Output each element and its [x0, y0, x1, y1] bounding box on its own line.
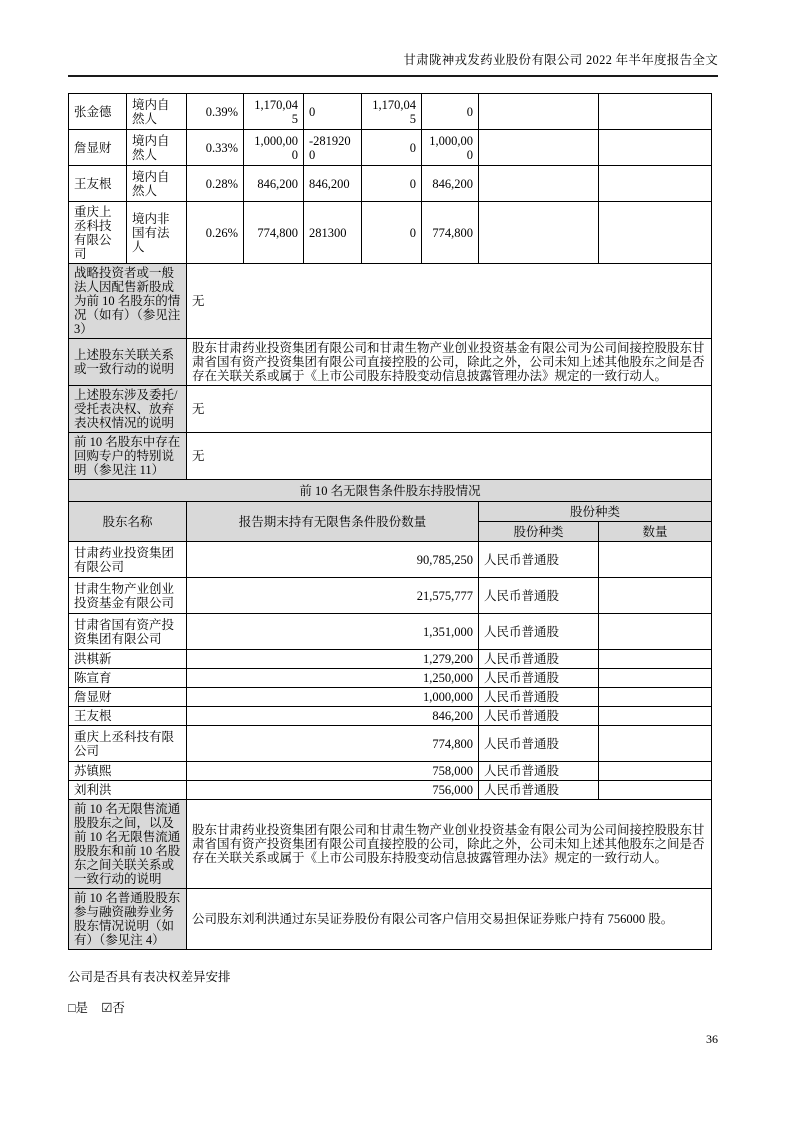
shareholder-name-cell: 洪棋新 [69, 650, 187, 669]
share-class-cell: 人民币普通股 [479, 781, 599, 800]
table-header-row: 股东名称 报告期末持有无限售条件股份数量 股份种类 [69, 502, 712, 522]
share-class-cell: 人民币普通股 [479, 762, 599, 781]
share-amount-cell [599, 669, 712, 688]
shareholder-nature-cell: 境内自然人 [127, 94, 187, 130]
shareholder-row: 詹显财 境内自然人 0.33% 1,000,000 -2819200 0 1,0… [69, 130, 712, 166]
unrestricted-shares-cell: 846,200 [422, 166, 479, 202]
share-class-cell: 人民币普通股 [479, 707, 599, 726]
note-row: 前 10 名无限售流通股股东之间，以及前 10 名无限售流通股股东和前 10 名… [69, 800, 712, 889]
share-class-cell: 人民币普通股 [479, 688, 599, 707]
restricted-shares-cell: 0 [362, 130, 422, 166]
share-amount-cell [599, 688, 712, 707]
unrestricted-row: 甘肃药业投资集团有限公司 90,785,250 人民币普通股 [69, 542, 712, 578]
holding-ratio-cell: 0.39% [187, 94, 244, 130]
note-row: 战略投资者或一般法人因配售新股成为前 10 名股东的情况（如有）（参见注 3） … [69, 264, 712, 339]
section-title: 前 10 名无限售条件股东持股情况 [69, 480, 712, 502]
share-class-cell: 人民币普通股 [479, 542, 599, 578]
unrestricted-qty-cell: 756,000 [187, 781, 479, 800]
unrestricted-row: 苏镇熙 758,000 人民币普通股 [69, 762, 712, 781]
unrestricted-qty-cell: 90,785,250 [187, 542, 479, 578]
shareholder-name-cell: 张金德 [69, 94, 127, 130]
unrestricted-row: 洪棋新 1,279,200 人民币普通股 [69, 650, 712, 669]
unrestricted-qty-cell: 1,279,200 [187, 650, 479, 669]
restricted-shares-cell: 0 [362, 166, 422, 202]
restricted-shares-cell: 0 [362, 202, 422, 264]
share-class-cell: 人民币普通股 [479, 669, 599, 688]
unrestricted-row: 詹显财 1,000,000 人民币普通股 [69, 688, 712, 707]
note-value: 股东甘肃药业投资集团有限公司和甘肃生物产业创业投资基金有限公司为公司间接控股股东… [187, 339, 712, 386]
voting-difference-options: □是 ☑否 [68, 998, 718, 1016]
shareholder-name-cell: 苏镇熙 [69, 762, 187, 781]
header-unrestricted-qty: 报告期末持有无限售条件股份数量 [187, 502, 479, 542]
unrestricted-row: 刘利洪 756,000 人民币普通股 [69, 781, 712, 800]
pledge-qty-cell [599, 94, 712, 130]
page-number: 36 [706, 1032, 718, 1047]
shareholder-name-cell: 重庆上丞科技有限公司 [69, 202, 127, 264]
period-change-cell: 846,200 [304, 166, 362, 202]
voting-difference-question: 公司是否具有表决权差异安排 [68, 967, 718, 985]
unrestricted-row: 王友根 846,200 人民币普通股 [69, 707, 712, 726]
shareholder-name-cell: 詹显财 [69, 130, 127, 166]
share-amount-cell [599, 707, 712, 726]
checkbox-yes: □是 [68, 1001, 88, 1015]
holding-ratio-cell: 0.33% [187, 130, 244, 166]
pledge-status-cell [479, 130, 599, 166]
header-shareholder-name: 股东名称 [69, 502, 187, 542]
share-amount-cell [599, 542, 712, 578]
shareholder-row: 张金德 境内自然人 0.39% 1,170,045 0 1,170,045 0 [69, 94, 712, 130]
shareholder-name-cell: 刘利洪 [69, 781, 187, 800]
unrestricted-qty-cell: 758,000 [187, 762, 479, 781]
period-change-cell: 281300 [304, 202, 362, 264]
note-value: 无 [187, 433, 712, 480]
header-share-amount: 数量 [599, 522, 712, 542]
shareholder-row: 重庆上丞科技有限公司 境内非国有法人 0.26% 774,800 281300 … [69, 202, 712, 264]
holding-ratio-cell: 0.26% [187, 202, 244, 264]
note-row: 前 10 名普通股股东参与融资融券业务股东情况说明（如有）（参见注 4） 公司股… [69, 889, 712, 950]
unrestricted-qty-cell: 1,250,000 [187, 669, 479, 688]
note-row: 上述股东涉及委托/受托表决权、放弃表决权情况的说明 无 [69, 386, 712, 433]
note-value: 无 [187, 386, 712, 433]
note-row: 上述股东关联关系或一致行动的说明 股东甘肃药业投资集团有限公司和甘肃生物产业创业… [69, 339, 712, 386]
pledge-qty-cell [599, 130, 712, 166]
note-label: 战略投资者或一般法人因配售新股成为前 10 名股东的情况（如有）（参见注 3） [69, 264, 187, 339]
share-class-cell: 人民币普通股 [479, 650, 599, 669]
holding-qty-cell: 846,200 [244, 166, 304, 202]
unrestricted-qty-cell: 846,200 [187, 707, 479, 726]
pledge-status-cell [479, 166, 599, 202]
unrestricted-row: 甘肃省国有资产投资集团有限公司 1,351,000 人民币普通股 [69, 614, 712, 650]
unrestricted-qty-cell: 21,575,777 [187, 578, 479, 614]
shareholder-name-cell: 重庆上丞科技有限公司 [69, 726, 187, 762]
share-amount-cell [599, 762, 712, 781]
period-change-cell: 0 [304, 94, 362, 130]
unrestricted-qty-cell: 1,351,000 [187, 614, 479, 650]
pledge-qty-cell [599, 166, 712, 202]
pledge-status-cell [479, 202, 599, 264]
shareholder-name-cell: 陈宣育 [69, 669, 187, 688]
share-amount-cell [599, 726, 712, 762]
report-page: 甘肃陇神戎发药业股份有限公司 2022 年半年度报告全文 张金德 境内自然人 0… [0, 0, 793, 1122]
shareholder-nature-cell: 境内自然人 [127, 130, 187, 166]
pledge-status-cell [479, 94, 599, 130]
unrestricted-row: 重庆上丞科技有限公司 774,800 人民币普通股 [69, 726, 712, 762]
shareholder-row: 王友根 境内自然人 0.28% 846,200 846,200 0 846,20… [69, 166, 712, 202]
shareholders-table: 张金德 境内自然人 0.39% 1,170,045 0 1,170,045 0 … [68, 93, 712, 950]
share-amount-cell [599, 578, 712, 614]
period-change-cell: -2819200 [304, 130, 362, 166]
unrestricted-shares-cell: 774,800 [422, 202, 479, 264]
pledge-qty-cell [599, 202, 712, 264]
document-header-title: 甘肃陇神戎发药业股份有限公司 2022 年半年度报告全文 [68, 50, 718, 77]
checkbox-no-checked: ☑否 [101, 1001, 125, 1015]
section-title-row: 前 10 名无限售条件股东持股情况 [69, 480, 712, 502]
share-amount-cell [599, 650, 712, 669]
note-row: 前 10 名股东中存在回购专户的特别说明（参见注 11） 无 [69, 433, 712, 480]
page-content: 甘肃陇神戎发药业股份有限公司 2022 年半年度报告全文 张金德 境内自然人 0… [68, 50, 718, 1016]
header-share-class-group: 股份种类 [479, 502, 712, 522]
holding-qty-cell: 774,800 [244, 202, 304, 264]
shareholder-name-cell: 王友根 [69, 707, 187, 726]
note-label: 前 10 名股东中存在回购专户的特别说明（参见注 11） [69, 433, 187, 480]
note-label: 上述股东涉及委托/受托表决权、放弃表决权情况的说明 [69, 386, 187, 433]
note-label: 前 10 名普通股股东参与融资融券业务股东情况说明（如有）（参见注 4） [69, 889, 187, 950]
share-class-cell: 人民币普通股 [479, 614, 599, 650]
unrestricted-qty-cell: 1,000,000 [187, 688, 479, 707]
share-class-cell: 人民币普通股 [479, 726, 599, 762]
restricted-shares-cell: 1,170,045 [362, 94, 422, 130]
note-label: 上述股东关联关系或一致行动的说明 [69, 339, 187, 386]
holding-qty-cell: 1,000,000 [244, 130, 304, 166]
note-value: 股东甘肃药业投资集团有限公司和甘肃生物产业创业投资基金有限公司为公司间接控股股东… [187, 800, 712, 889]
unrestricted-shares-cell: 0 [422, 94, 479, 130]
shareholder-nature-cell: 境内自然人 [127, 166, 187, 202]
shareholder-name-cell: 甘肃生物产业创业投资基金有限公司 [69, 578, 187, 614]
share-amount-cell [599, 614, 712, 650]
unrestricted-row: 陈宣育 1,250,000 人民币普通股 [69, 669, 712, 688]
header-share-class: 股份种类 [479, 522, 599, 542]
shareholder-nature-cell: 境内非国有法人 [127, 202, 187, 264]
note-value: 公司股东刘利洪通过东吴证券股份有限公司客户信用交易担保证券账户持有 756000… [187, 889, 712, 950]
unrestricted-qty-cell: 774,800 [187, 726, 479, 762]
unrestricted-shares-cell: 1,000,000 [422, 130, 479, 166]
note-label: 前 10 名无限售流通股股东之间，以及前 10 名无限售流通股股东和前 10 名… [69, 800, 187, 889]
shareholder-name-cell: 詹显财 [69, 688, 187, 707]
note-value: 无 [187, 264, 712, 339]
unrestricted-row: 甘肃生物产业创业投资基金有限公司 21,575,777 人民币普通股 [69, 578, 712, 614]
shareholder-name-cell: 甘肃药业投资集团有限公司 [69, 542, 187, 578]
share-amount-cell [599, 781, 712, 800]
holding-qty-cell: 1,170,045 [244, 94, 304, 130]
holding-ratio-cell: 0.28% [187, 166, 244, 202]
share-class-cell: 人民币普通股 [479, 578, 599, 614]
shareholder-name-cell: 甘肃省国有资产投资集团有限公司 [69, 614, 187, 650]
shareholder-name-cell: 王友根 [69, 166, 127, 202]
